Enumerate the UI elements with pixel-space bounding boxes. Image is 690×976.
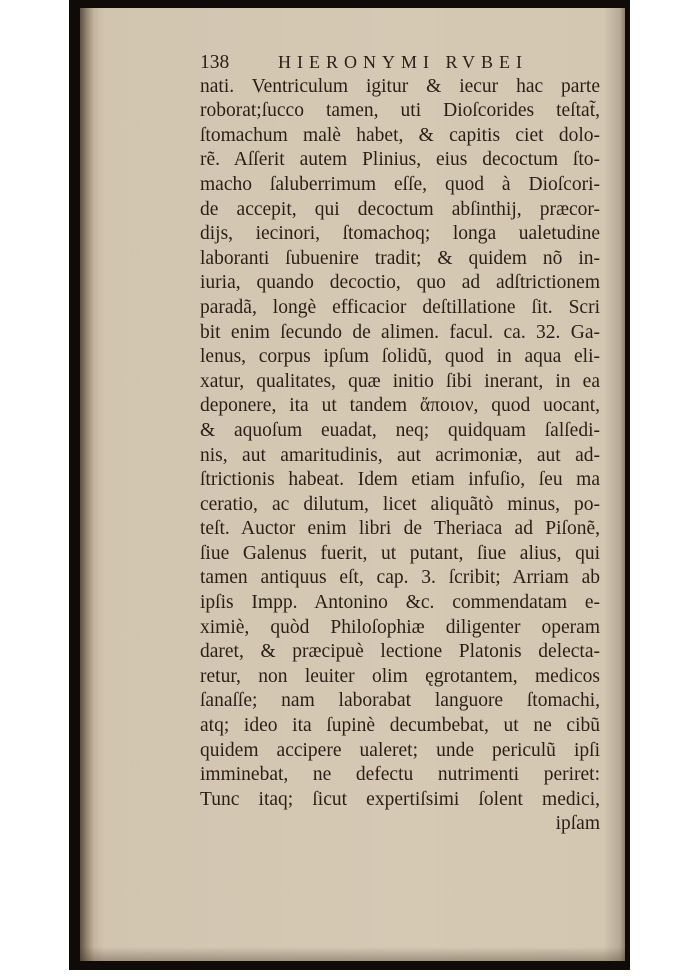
text-line: ſanaſſe; nam laborabat languore ſtomachi… bbox=[200, 689, 600, 714]
text-line: ſtomachum malè habet, & capitis ciet dol… bbox=[200, 124, 600, 149]
text-line: ceratio, ac dilutum, licet aliquãtò minu… bbox=[200, 493, 600, 518]
text-line: tamen antiquus eſt, cap. 3. ſcribit; Arr… bbox=[200, 566, 600, 591]
text-line: & aquoſum euadat, neq; quidquam ſalſedi- bbox=[200, 419, 600, 444]
text-line: ſtrictionis habeat. Idem etiam infuſio, … bbox=[200, 468, 600, 493]
text-line: xatur, qualitates, quæ initio ſibi inera… bbox=[200, 370, 600, 395]
text-line: atq; ideo ita ſupinè decumbebat, ut ne c… bbox=[200, 714, 600, 739]
text-line: de accepit, qui decoctum abſinthij, præc… bbox=[200, 198, 600, 223]
page-text: 138 HIERONYMI RVBEI nati. Ventriculum ig… bbox=[200, 50, 600, 837]
text-line: macho ſaluberrimum eſſe, quod à Dioſcori… bbox=[200, 173, 600, 198]
text-line: imminebat, ne defectu nutrimenti periret… bbox=[200, 763, 600, 788]
text-line: Tunc itaq; ſicut expertiſsimi ſolent med… bbox=[200, 788, 600, 813]
text-line: rẽ. Aſſerit autem Plinius, eius decoctum… bbox=[200, 148, 600, 173]
text-line: teſt. Auctor enim libri de Theriaca ad P… bbox=[200, 517, 600, 542]
catchword: ipſam bbox=[200, 812, 600, 837]
text-line: bit enim ſecundo de alimen. facul. ca. 3… bbox=[200, 321, 600, 346]
text-line: deponere, ita ut tandem ἄποιον, quod uoc… bbox=[200, 394, 600, 419]
text-line: ximiè, quòd Philoſophiæ diligenter opera… bbox=[200, 616, 600, 641]
text-line: quidem accipere ualeret; unde periculũ i… bbox=[200, 739, 600, 764]
text-line: paradã, longè efficacior deſtillatione ſ… bbox=[200, 296, 600, 321]
running-head: 138 HIERONYMI RVBEI bbox=[200, 50, 600, 75]
text-line: roborat;ſucco tamen, uti Dioſcorides teſ… bbox=[200, 99, 600, 124]
text-line: retur, non leuiter olim ęgrotantem, medi… bbox=[200, 665, 600, 690]
text-line: lenus, corpus ipſum ſolidũ, quod in aqua… bbox=[200, 345, 600, 370]
text-line: iuria, quando decoctio, quo ad adſtricti… bbox=[200, 271, 600, 296]
text-line: dijs, iecinori, ſtomachoq; longa ualetud… bbox=[200, 222, 600, 247]
text-line: ipſis Impp. Antonino &c. commendatam e- bbox=[200, 591, 600, 616]
text-line: nis, aut amaritudinis, aut acrimoniæ, au… bbox=[200, 444, 600, 469]
text-line: daret, & præcipuè lectione Platonis dele… bbox=[200, 640, 600, 665]
text-line: laboranti ſubuenire tradit; & quidem nõ … bbox=[200, 247, 600, 272]
text-line: nati. Ventriculum igitur & iecur hac par… bbox=[200, 75, 600, 100]
page-number: 138 bbox=[200, 51, 278, 76]
running-title: HIERONYMI RVBEI bbox=[278, 50, 528, 75]
text-line: ſiue Galenus fuerit, ut putant, ſiue ali… bbox=[200, 542, 600, 567]
